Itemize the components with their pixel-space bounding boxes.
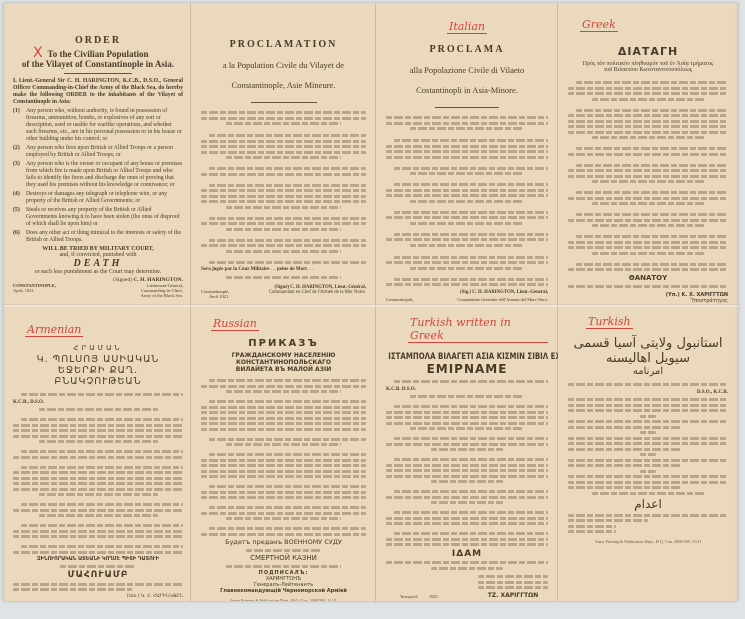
illegible-text-line [568, 437, 728, 440]
illegible-text-line [568, 420, 728, 423]
illegible-text-line [386, 156, 548, 159]
annotation-armenian: Armenian [25, 323, 83, 337]
armenian-code: K.C.B., D.S.O. [13, 400, 44, 405]
french-tried: Sera jugée par la Cour Militaire [201, 267, 269, 272]
turkish-greek-signature: ΤΖ. ΧΑΡΙΓΓΤΩΝ [478, 592, 548, 599]
illegible-text-line [13, 482, 183, 485]
fold-line [3, 304, 738, 307]
illegible-text-line [13, 435, 183, 438]
illegible-text-line [226, 390, 342, 393]
illegible-text-line [201, 117, 366, 120]
illegible-text-line [592, 224, 704, 227]
illegible-text-line [568, 153, 728, 156]
illegible-text-line [478, 586, 548, 589]
illegible-text-line [226, 276, 342, 279]
armenian-signature: (Ստ.) Կ. Հ. ՀԱՐԻՆԿԹԸՆ [13, 594, 183, 599]
illegible-text-line [592, 202, 704, 205]
illegible-text-line [431, 448, 504, 451]
illegible-text-line [39, 514, 158, 517]
illegible-text-line [13, 477, 183, 480]
illegible-text-line [568, 114, 728, 117]
illegible-text-line [568, 409, 728, 412]
illegible-text-line [209, 453, 366, 456]
english-rank-3: Army of the Black Sea. [141, 293, 183, 298]
illegible-text-line [568, 475, 728, 478]
french-subtitle-2: Constantinople, Asie Mineure. [201, 80, 366, 90]
illegible-text-line [60, 565, 137, 568]
english-death: DEATH [13, 258, 183, 269]
illegible-text-line [386, 416, 548, 419]
poster-turkish: Turkish استانبول ولايتى آسيا قسمى سيويل … [558, 308, 738, 601]
armenian-death: ՄԱՀՈՒԱՄԲ [13, 570, 183, 580]
illegible-text-line [386, 443, 548, 446]
illegible-text-line [226, 443, 342, 446]
illegible-text-line [568, 519, 648, 522]
illegible-text-line [568, 87, 728, 90]
illegible-text-line [568, 481, 728, 484]
illegible-text-line [386, 543, 548, 546]
illegible-text-line [431, 501, 504, 504]
illegible-text-line [394, 139, 548, 142]
illegible-text-line [201, 422, 366, 425]
illegible-text-line [410, 244, 523, 247]
divider [435, 107, 500, 108]
illegible-text-line [640, 415, 656, 418]
illegible-text-line [226, 122, 342, 125]
russian-signature: ПОДПИСАЛЪ: ХАРИНГТОНЪ Генералъ-Лейтенант… [201, 570, 366, 594]
list-item: (4)Destroys or damages any telegraph or … [13, 191, 183, 205]
list-item: (3)Any person who is the owner or occupa… [13, 161, 183, 189]
illegible-text-line [201, 428, 366, 431]
illegible-text-line [201, 417, 366, 420]
annotation-x-mark: X [33, 45, 43, 61]
illegible-text-line [386, 411, 548, 414]
illegible-text-line [201, 222, 366, 225]
illegible-text-line [21, 545, 183, 548]
illegible-text-line [39, 493, 158, 496]
illegible-text-line [640, 453, 656, 456]
list-item: (1)Any person who, without authority, is… [13, 108, 183, 143]
illegible-text-line [21, 466, 183, 469]
illegible-text-line [386, 261, 548, 264]
illegible-text-line [478, 581, 548, 584]
illegible-text-line [431, 567, 504, 570]
illegible-text-line [13, 471, 183, 474]
illegible-text-line [568, 442, 728, 445]
illegible-text-line [201, 145, 366, 148]
greek-signature: (Υπ.) Κ. Χ. ΧΑΡΙΓΓΤΩΝ Ὑποστράτηγος Ἀρχηγ… [568, 292, 728, 303]
illegible-text-line [568, 285, 728, 288]
italian-signature: (Sig.) C. H. HARINGTON, Lieut.-General, [386, 290, 548, 295]
english-intro: I, Lieut.-General Sir C. H. HARINGTON, K… [13, 78, 183, 106]
illegible-text-line [568, 404, 728, 407]
illegible-text-line [431, 480, 504, 483]
turkish-body: D.S.O., K.C.B. [568, 383, 728, 495]
illegible-text-line [21, 393, 183, 396]
russian-death: СМЕРТНОЙ КАЗНИ [201, 554, 366, 562]
illegible-text-line [201, 189, 366, 192]
illegible-text-line [201, 244, 366, 247]
illegible-text-line [568, 525, 616, 528]
turkish-death: اعدام [568, 497, 728, 511]
illegible-text-line [386, 475, 548, 478]
illegible-text-line [226, 250, 342, 253]
illegible-text-line [576, 109, 728, 112]
illegible-text-line [568, 125, 728, 128]
illegible-text-line [209, 527, 366, 530]
illegible-text-line [568, 175, 728, 178]
russian-subtitle-2: ВИЛАЙЕТА ВЪ МАЛОЙ АЗІИ [201, 366, 366, 373]
illegible-text-line [386, 122, 548, 125]
illegible-text-line [13, 583, 183, 586]
illegible-text-line [13, 456, 183, 459]
illegible-text-line [386, 422, 548, 425]
armenian-title: ՀՐԱՄԱՆ [13, 344, 183, 352]
illegible-text-line [568, 464, 680, 467]
illegible-text-line [410, 395, 523, 398]
illegible-text-line [209, 261, 366, 264]
illegible-text-line [386, 522, 548, 525]
english-printer: Army Printing & Publication Dept., H.Q. … [13, 302, 183, 303]
illegible-text-line [209, 438, 366, 441]
armenian-subtitle-2: ԲՆԱԿՉՈՒԹԵԱՆ [13, 376, 183, 387]
french-subtitle-1: a la Population Civile du Vilayet de [201, 60, 366, 70]
illegible-text-line [201, 533, 366, 536]
illegible-text-line [13, 535, 183, 538]
illegible-text-line [386, 464, 548, 467]
illegible-text-line [201, 200, 366, 203]
illegible-text-line [386, 561, 548, 564]
illegible-text-line [201, 151, 366, 154]
illegible-text-line [201, 140, 366, 143]
illegible-text-line [592, 252, 704, 255]
turkish-subtitle: امرنامه [568, 366, 728, 377]
illegible-text-line [21, 503, 183, 506]
illegible-text-line [394, 256, 548, 259]
illegible-text-line [201, 411, 366, 414]
list-item: (2)Any person who fires upon British or … [13, 145, 183, 159]
greek-body [568, 81, 728, 271]
poster-armenian: Armenian ՀՐԱՄԱՆ Կ. ՊՈԼՍՈՅ ԱՍԻԱԿԱՆ ԵՋԵՐՔԻ… [3, 308, 193, 601]
illegible-text-line [201, 173, 366, 176]
illegible-text-line [386, 469, 548, 472]
illegible-text-line [568, 241, 728, 244]
russian-body [201, 379, 366, 536]
illegible-text-line [394, 380, 548, 383]
illegible-text-line [394, 490, 548, 493]
illegible-text-line [201, 111, 366, 114]
illegible-text-line [13, 424, 183, 427]
illegible-text-line [201, 195, 366, 198]
illegible-text-line [13, 509, 183, 512]
illegible-text-line [201, 470, 366, 473]
illegible-text-line [13, 530, 183, 533]
illegible-text-line [226, 228, 342, 231]
turkish-greek-death: ΙΔΑΜ [386, 549, 548, 559]
illegible-text-line [410, 427, 523, 430]
illegible-text-line [576, 164, 728, 167]
russian-printer: Army Printing & Publication Dept., H.Q. … [201, 598, 366, 601]
illegible-text-line [568, 131, 728, 134]
annotation-russian: Russian [211, 317, 259, 331]
poster-turkish-greek: Turkish written in Greek ΙΣΤΑΜΠΟΛΑ ΒΙΛΑΓ… [376, 308, 558, 601]
illegible-text-line [568, 197, 728, 200]
illegible-text-line [386, 189, 548, 192]
illegible-text-line [592, 98, 704, 101]
illegible-text-line [394, 233, 548, 236]
illegible-text-line [478, 575, 548, 578]
illegible-text-line [201, 496, 366, 499]
armenian-subtitle-1: Կ. ՊՈԼՍՈՅ ԱՍԻԱԿԱՆ ԵՋԵՐՔԻ ՔԱՂ. [13, 354, 183, 376]
illegible-text-line [568, 268, 728, 271]
italian-footer-block: Costantinopoli, Aprile, 1921. Comandante… [386, 297, 548, 303]
illegible-text-line [13, 429, 183, 432]
greek-title: ΔΙΑΤΑΓΗ [568, 45, 728, 58]
illegible-text-line [201, 491, 366, 494]
illegible-text-line [640, 431, 656, 434]
turkish-greek-title: ΙΣΤΑΜΠΟΛΑ ΒΙΛΑΓΕΤΙ ΑΣΙΑ ΚΙΣΜΙΝ ΣΙΒΙΛ ΕΧΑ… [388, 352, 546, 362]
turkish-greek-footer-block: Ἰσταμπόλ 1921 ΤΖ. ΧΑΡΙΓΓΤΩΝ [386, 573, 548, 599]
illegible-text-line [394, 437, 548, 440]
illegible-text-line [568, 92, 728, 95]
illegible-text-line [394, 458, 548, 461]
french-body: Sera jugée par la Cour Militaire … peine… [201, 111, 366, 279]
illegible-text-line [410, 267, 523, 270]
illegible-text-line [568, 530, 616, 533]
turkish-code: D.S.O., K.C.B. [697, 390, 728, 395]
italian-rank: Comandante Generale dell'Armata del Mare… [457, 297, 548, 303]
illegible-text-line [201, 459, 366, 462]
english-body: I, Lieut.-General Sir C. H. HARINGTON, K… [13, 78, 183, 106]
illegible-text-line [576, 263, 728, 266]
illegible-text-line [226, 206, 342, 209]
illegible-text-line [201, 475, 366, 478]
illegible-text-line [592, 492, 704, 495]
illegible-text-line [592, 136, 704, 139]
poster-english: X ORDER To the Civilian Population of th… [3, 3, 193, 303]
illegible-text-line [568, 383, 728, 386]
illegible-text-line [394, 532, 548, 535]
illegible-text-line [386, 538, 548, 541]
english-date: April, 1921. [13, 288, 56, 293]
illegible-text-line [568, 486, 680, 489]
illegible-text-line [21, 450, 183, 453]
english-footer-block: CONSTANTINOPLE, April, 1921. Lieutenant-… [13, 283, 183, 298]
armenian-tried: ԶԻՆՈՒՈՐԱԿԱՆ ԱՏԵԱՆԻ ԿՈՂՄԷ ՊԻՏԻ ԴԱՏՈՒԻ [13, 556, 183, 562]
illegible-text-line [201, 385, 366, 388]
illegible-text-line [386, 216, 548, 219]
list-item: (5)Steals or receives any property of th… [13, 207, 183, 228]
illegible-text-line [568, 514, 728, 517]
list-item: (6)Does any other act or thing inimical … [13, 230, 183, 244]
illegible-text-line [386, 150, 548, 153]
annotation-turkish: Turkish [586, 315, 633, 329]
italian-title: PROCLAMA [386, 44, 548, 55]
illegible-text-line [386, 238, 548, 241]
illegible-text-line [410, 222, 523, 225]
italian-date: Aprile, 1921. [394, 302, 418, 303]
poster-french: PROCLAMATION a la Population Civile du V… [191, 3, 376, 303]
turkish-title: استانبول ولايتى آسيا قسمى سيويل اهاليسنه [568, 336, 728, 366]
illegible-text-line [576, 213, 728, 216]
french-death: peine de Mort [277, 267, 307, 272]
illegible-text-line [386, 517, 548, 520]
divider [251, 102, 317, 103]
illegible-text-line [394, 511, 548, 514]
illegible-text-line [201, 406, 366, 409]
illegible-text-line [394, 211, 548, 214]
turkish-greek-subtitle: ΕΜΙΡΝΑΜΕ [386, 362, 548, 376]
illegible-text-line [394, 167, 548, 170]
illegible-text-line [201, 464, 366, 467]
illegible-text-line [394, 405, 548, 408]
illegible-text-line [209, 506, 366, 509]
illegible-text-line [209, 184, 366, 187]
annotation-greek: Greek [580, 18, 618, 32]
illegible-text-line [568, 219, 728, 222]
illegible-text-line [410, 172, 523, 175]
illegible-text-line [13, 551, 183, 554]
illegible-text-line [568, 448, 680, 451]
illegible-text-line [568, 246, 728, 249]
english-lesser: or such less punishment as the Court may… [13, 269, 183, 275]
illegible-text-line [226, 565, 342, 568]
illegible-text-line [21, 418, 183, 421]
illegible-text-line [592, 180, 704, 183]
russian-title: ПРИКАЗЪ [201, 338, 366, 349]
annotation-italian: Italian [447, 20, 487, 34]
illegible-text-line [410, 127, 523, 130]
illegible-text-line [394, 183, 548, 186]
illegible-text-line [576, 191, 728, 194]
greek-death: ΘΑΝΑΤΟΥ [568, 274, 728, 282]
divider [64, 73, 132, 74]
russian-subtitle-1: ГРАЖДАНСКОМУ НАСЕЛЕНІЮ КОНСТАНТИНОПОЛЬСК… [201, 352, 366, 366]
illegible-text-line [576, 147, 728, 150]
illegible-text-line [568, 120, 728, 123]
illegible-text-line [13, 488, 183, 491]
illegible-text-line [209, 239, 366, 242]
illegible-text-line [201, 512, 366, 515]
illegible-text-line [386, 116, 548, 119]
illegible-text-line [386, 496, 548, 499]
illegible-text-line [21, 524, 183, 527]
french-title: PROCLAMATION [201, 39, 366, 50]
illegible-text-line [386, 283, 548, 286]
illegible-text-line [576, 235, 728, 238]
illegible-text-line [39, 408, 158, 411]
illegible-text-line [226, 517, 342, 520]
turkish-greek-date: 1921 [429, 594, 438, 599]
illegible-text-line [410, 200, 523, 203]
illegible-text-line [209, 485, 366, 488]
annotation-turkish-greek: Turkish written in Greek [408, 316, 548, 343]
illegible-text-line [13, 588, 132, 591]
illegible-text-line [576, 81, 728, 84]
poster-russian: Russian ПРИКАЗЪ ГРАЖДАНСКОМУ НАСЕЛЕНІЮ К… [191, 308, 376, 601]
illegible-text-line [568, 169, 728, 172]
italian-subtitle-1: alla Popolazione Civile di Vilaeto [386, 65, 548, 75]
english-items: (1)Any person who, without authority, is… [13, 108, 183, 244]
archival-sheet: X ORDER To the Civilian Population of th… [3, 3, 738, 601]
poster-greek: Greek ΔΙΑΤΑΓΗ Πρὸς τὸν πολιτικὸν πληθυσμ… [558, 3, 738, 303]
poster-italian: Italian PROCLAMA alla Popolazione Civile… [376, 3, 558, 303]
illegible-text-line [568, 459, 728, 462]
italian-body [386, 116, 548, 286]
greek-subtitle-2: τοῦ Βιλαετίου Κωνσταντινουπόλεως [568, 67, 728, 73]
turkish-greek-place: Ἰσταμπόλ [400, 594, 418, 599]
illegible-text-line [209, 379, 366, 382]
illegible-text-line [209, 217, 366, 220]
illegible-text-line [209, 400, 366, 403]
illegible-text-line [386, 194, 548, 197]
turkish-printer: Army Printing & Publication Dept., H.Q. … [568, 539, 728, 544]
turkish-greek-code: K.C.B. D.S.O. [386, 387, 416, 392]
illegible-text-line [209, 134, 366, 137]
armenian-body: K.C.B., D.S.O. [13, 393, 183, 554]
illegible-text-line [394, 278, 548, 281]
illegible-text-line [568, 426, 680, 429]
illegible-text-line [640, 470, 656, 473]
illegible-text-line [39, 440, 158, 443]
illegible-text-line [386, 145, 548, 148]
turkish-greek-body: K.C.B. D.S.O. [386, 380, 548, 546]
illegible-text-line [246, 549, 320, 552]
illegible-text-line [568, 398, 728, 401]
italian-subtitle-2: Costantinopli in Asia-Minore. [386, 85, 548, 95]
illegible-text-line [209, 167, 366, 170]
russian-court: Будетъ преданъ ВОЕННОМУ СУДУ [201, 538, 366, 546]
illegible-text-line [226, 156, 342, 159]
